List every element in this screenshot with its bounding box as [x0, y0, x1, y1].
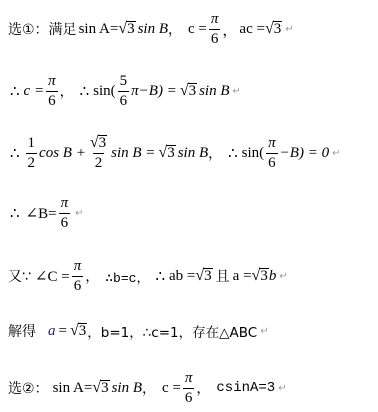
separator: ， — [85, 266, 99, 286]
fraction-1-over-2: 12 — [26, 136, 38, 171]
sin-b-text: sin B — [112, 380, 142, 397]
paragraph-return-icon: ↵ — [279, 271, 287, 282]
paragraph-return-icon: ↵ — [278, 383, 286, 394]
angle-c-equals: ∠C = — [35, 267, 70, 286]
c-equals: c = — [162, 380, 181, 397]
paragraph-return-icon: ↵ — [233, 86, 241, 97]
sqrt-3: √3 — [158, 144, 175, 162]
angle-b-equals: ∠B= — [26, 204, 57, 223]
because-prefix: 又∵ — [8, 266, 31, 286]
sqrt-3: √3 — [92, 379, 109, 397]
and-conjunction: 且 — [216, 266, 230, 286]
sin-a-text: sin A= — [79, 21, 119, 38]
sin-open: sin( — [93, 83, 116, 100]
fraction-sqrt3-over-2: √32 — [88, 135, 109, 172]
cos-b-plus: cos B + — [39, 145, 86, 162]
therefore-symbol: ∴ — [10, 82, 20, 101]
fraction-pi-over-6: π6 — [266, 136, 278, 171]
sin-open: sin( — [242, 145, 265, 162]
sqrt-3: √3 — [252, 267, 269, 285]
choice-1-prefix: 选①：满足 — [8, 19, 77, 39]
separator: ， — [142, 378, 156, 398]
equals-sign: = — [59, 323, 67, 340]
separator: ， — [208, 143, 222, 163]
fraction-pi-over-6: π6 — [72, 259, 84, 294]
line-expansion: ∴ 12 cos B + √32 sin B = √3 sin B ， ∴ si… — [10, 133, 340, 173]
choice-2-prefix: 选②： — [8, 378, 49, 398]
sin-b-text: sin B — [178, 145, 208, 162]
fraction-5-over-6: 56 — [118, 74, 130, 109]
separator: ， — [222, 19, 237, 40]
therefore-symbol: ∴ — [10, 144, 20, 163]
line-choice-2: 选②： sin A= √3 sin B ， c = π6 ， csinA=3 ↵ — [8, 368, 287, 408]
solve-prefix: 解得 — [8, 321, 36, 341]
sqrt-3: √3 — [195, 267, 212, 285]
paragraph-return-icon: ↵ — [260, 326, 268, 337]
separator: ， — [168, 19, 182, 39]
sqrt-3: √3 — [265, 20, 282, 38]
therefore-symbol: ∴ — [228, 144, 238, 163]
line-solution: 解得 a = √3 ，b=1，∴c=1，存在△ABC ↵ — [8, 311, 269, 351]
fraction-pi-over-6: π6 — [209, 12, 221, 47]
minus-b-equals-zero: −B) = 0 — [280, 145, 329, 162]
sqrt-3: √3 — [118, 20, 135, 38]
therefore-symbol: ∴ — [80, 82, 90, 101]
paragraph-return-icon: ↵ — [332, 148, 340, 159]
sin-a-text: sin A= — [53, 380, 93, 397]
sqrt-3: √3 — [180, 82, 197, 100]
sin-b-equals: sin B = — [111, 145, 155, 162]
c-equals: c = — [188, 21, 207, 38]
fraction-pi-over-6: π6 — [46, 74, 58, 109]
b-equals-c: ∴b=c， — [105, 267, 149, 286]
ac-equals: ac = — [239, 21, 265, 38]
a-variable: a — [48, 323, 56, 340]
ab-equals: ab = — [169, 268, 195, 285]
csina-equals-3: csinA=3 — [216, 380, 275, 396]
c-equals: c = — [24, 83, 45, 100]
a-equals: a = — [233, 268, 252, 285]
sin-b-text: sin B — [138, 21, 168, 38]
b-variable: b — [269, 268, 277, 285]
paragraph-return-icon: ↵ — [285, 24, 293, 35]
separator: ， — [60, 81, 74, 101]
line-therefore-c: ∴ c = π6 ， ∴ sin( 56 π−B) = √3 sin B ↵ — [10, 71, 241, 111]
fraction-pi-over-6: π6 — [183, 371, 195, 406]
fraction-pi-over-6: π6 — [59, 196, 71, 231]
paragraph-return-icon: ↵ — [75, 208, 83, 219]
separator: ， — [196, 378, 210, 398]
pi-minus-b: π−B) = — [131, 83, 177, 100]
sin-b-text: sin B — [199, 83, 229, 100]
therefore-symbol: ∴ — [10, 204, 20, 223]
therefore-symbol: ∴ — [155, 267, 165, 286]
line-angle-b: ∴ ∠B= π6 ↵ — [10, 193, 84, 233]
line-choice-1: 选①：满足 sin A= √3 sin B ， c = π6 ， ac = √3… — [8, 9, 294, 49]
sqrt-3: √3 — [70, 322, 87, 340]
line-angle-c: 又∵ ∠C = π6 ， ∴b=c， ∴ ab = √3 且 a = √3 b … — [8, 256, 288, 296]
solution-rest: ，b=1，∴c=1，存在△ABC — [87, 321, 257, 341]
